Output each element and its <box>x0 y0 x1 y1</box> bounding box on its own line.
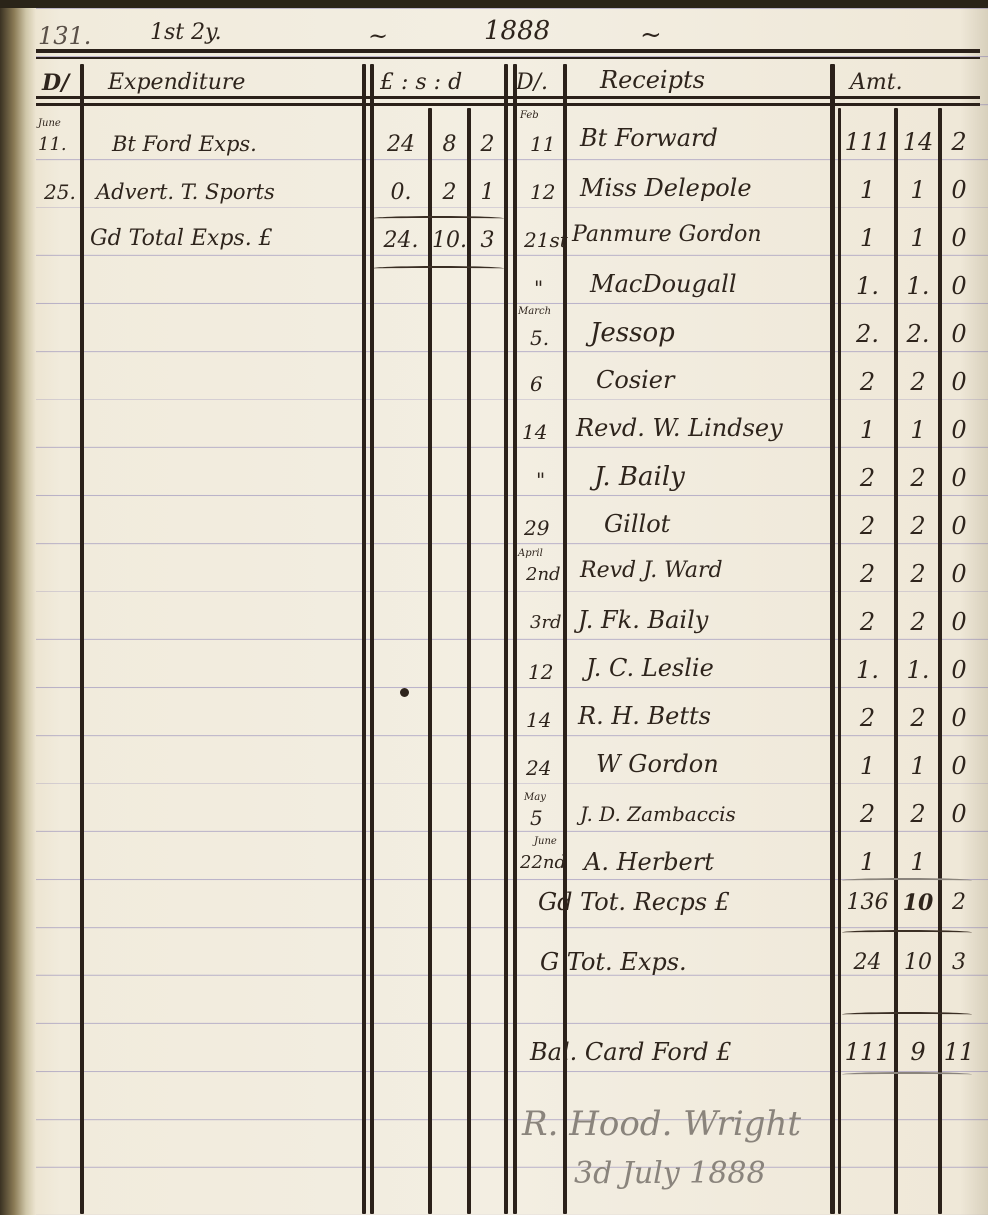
exp-row-description: Bt Ford Exps. <box>112 132 257 156</box>
exp-row-pounds: 24 <box>374 132 428 157</box>
rec-description-header: Receipts <box>600 66 705 94</box>
rec-row-day: 14 <box>526 708 551 732</box>
ledger-page: 131. 1st 2y. ~ 1888 ~ D/ Expenditure £ :… <box>0 8 988 1215</box>
rec-row-pounds: 2. <box>841 320 894 348</box>
top-rule <box>36 49 980 53</box>
col-line-exp-shillings <box>428 108 432 1214</box>
rec-row-pounds: 2 <box>841 368 894 396</box>
rec-row-pence: 0 <box>942 368 976 396</box>
rec-row-description: Miss Delepole <box>580 174 752 202</box>
page-number: 131. <box>38 22 91 50</box>
rec-row-pounds: 2 <box>841 464 894 492</box>
rec-row-day: 12 <box>528 660 553 684</box>
rec-row-description: Bt Forward <box>580 124 718 152</box>
exp-amount-header: £ : s : d <box>380 70 462 95</box>
rec-row-pounds: 2 <box>841 512 894 540</box>
exp-row-pence: 1 <box>471 180 504 205</box>
exp-row-day: 25. <box>44 180 76 204</box>
rec-row-shillings: 1. <box>898 272 938 300</box>
rec-row-pence: 0 <box>942 752 976 780</box>
exp-row-day: 11. <box>38 134 67 155</box>
rec-row-pounds: 1 <box>841 416 894 444</box>
header-rule <box>36 96 980 99</box>
rec-row-pounds: 2 <box>841 608 894 636</box>
balance-underline <box>842 1072 972 1077</box>
signature-name: R. Hood. Wright <box>522 1104 801 1144</box>
rec-row-shillings: 2 <box>898 512 938 540</box>
rec-less-exp-underline <box>842 1012 972 1017</box>
exp-date-header: D/ <box>42 70 69 96</box>
rec-total-pounds: 136 <box>841 890 894 915</box>
rec-less-exp-label: G Tot. Exps. <box>540 948 687 976</box>
rec-row-pounds: 2 <box>841 704 894 732</box>
balance-pounds: 111 <box>841 1038 894 1066</box>
exp-row-pence: 2 <box>471 132 504 157</box>
rec-row-pence: 0 <box>942 512 976 540</box>
rec-row-shillings: 2 <box>898 704 938 732</box>
rec-row-day: 5. <box>530 326 549 350</box>
exp-row-month: June <box>38 118 61 129</box>
rec-total-shillings: 10 <box>898 890 938 916</box>
rec-row-shillings: 1 <box>898 752 938 780</box>
rec-row-day: 12 <box>530 180 555 204</box>
rec-row-pounds: 1. <box>841 272 894 300</box>
col-line-rec-amount-a <box>830 64 835 1214</box>
exp-total-shillings: 10. <box>432 228 467 253</box>
rec-row-shillings: 2 <box>898 368 938 396</box>
rec-row-description: Revd. W. Lindsey <box>576 414 783 442</box>
rec-less-exp-pounds: 24 <box>841 950 894 975</box>
rec-row-day: 11 <box>530 132 555 156</box>
rec-row-pence: 0 <box>942 416 976 444</box>
rec-row-pence: 0 <box>942 560 976 588</box>
col-line-exp-pence <box>467 108 471 1214</box>
rec-row-pence: 0 <box>942 224 976 252</box>
top-rule-2 <box>36 57 980 59</box>
exp-total-pence: 3 <box>471 228 504 253</box>
rec-row-pounds: 1 <box>841 224 894 252</box>
exp-description-header: Expenditure <box>108 70 245 95</box>
rec-row-description: Jessop <box>590 318 675 348</box>
rec-row-pence: 0 <box>942 176 976 204</box>
rec-row-pence: 0 <box>942 272 976 300</box>
rec-row-shillings: 2 <box>898 464 938 492</box>
rec-row-month: May <box>524 792 546 803</box>
rec-row-shillings: 1. <box>898 656 938 684</box>
rec-row-shillings: 2 <box>898 608 938 636</box>
signature-date: 3d July 1888 <box>574 1156 766 1191</box>
rec-row-pounds: 2 <box>841 560 894 588</box>
rec-row-pence: 0 <box>942 320 976 348</box>
exp-row-description: Advert. T. Sports <box>96 180 275 204</box>
rec-subtotal-rule <box>842 878 972 883</box>
rec-date-header: D/. <box>516 70 548 95</box>
rec-row-pence: 0 <box>942 656 976 684</box>
rec-row-pounds: 2 <box>841 800 894 828</box>
rec-less-exp-pence: 3 <box>942 950 976 975</box>
rec-row-description: J. C. Leslie <box>586 654 714 682</box>
rec-row-description: J. D. Zambaccis <box>580 802 736 826</box>
rec-row-description: W Gordon <box>596 750 719 778</box>
exp-row-shillings: 2 <box>432 180 467 205</box>
rec-row-shillings: 1 <box>898 224 938 252</box>
rec-row-shillings: 2 <box>898 560 938 588</box>
rec-row-month: Feb <box>520 110 539 121</box>
rec-row-pence: 0 <box>942 608 976 636</box>
rec-row-shillings: 14 <box>898 128 938 156</box>
rec-row-month: March <box>518 306 551 317</box>
rec-row-day: " <box>536 468 545 492</box>
header-year: 1888 <box>484 16 550 46</box>
col-line-exp-date <box>80 64 84 1214</box>
rec-row-description: MacDougall <box>590 270 737 298</box>
rec-row-month: June <box>534 836 557 847</box>
rec-row-description: Gillot <box>604 510 670 538</box>
rec-row-shillings: 1 <box>898 176 938 204</box>
rec-row-shillings: 2 <box>898 800 938 828</box>
rec-row-day: 3rd <box>530 612 562 633</box>
rec-row-description: Panmure Gordon <box>572 222 762 247</box>
header-mark: ~ <box>368 22 388 50</box>
rec-row-pence: 0 <box>942 464 976 492</box>
rec-less-exp-shillings: 10 <box>898 950 938 975</box>
rec-total-pence: 2 <box>942 890 976 915</box>
exp-row-shillings: 8 <box>432 132 467 157</box>
header-note: 1st 2y. <box>150 20 222 45</box>
rec-row-day: 2nd <box>526 564 561 585</box>
rec-row-shillings: 1 <box>898 416 938 444</box>
exp-row-pounds: 0. <box>374 180 428 205</box>
rec-row-pence: 0 <box>942 704 976 732</box>
exp-total-pounds: 24. <box>374 228 428 253</box>
rec-row-pence: 0 <box>942 800 976 828</box>
rec-row-day: 21st <box>524 228 568 252</box>
rec-row-description: Revd J. Ward <box>580 558 723 583</box>
col-line-rec-date-a <box>504 64 508 1214</box>
rec-row-pounds: 1 <box>841 848 894 876</box>
exp-total-rule <box>372 216 504 221</box>
header-mark-right: ~ <box>640 20 662 50</box>
rec-row-day: 29 <box>524 516 549 540</box>
rec-row-pence: 2 <box>942 128 976 156</box>
rec-row-pounds: 1 <box>841 176 894 204</box>
rec-row-day: 14 <box>522 420 547 444</box>
rec-row-description: A. Herbert <box>584 848 714 876</box>
ink-blot <box>400 688 409 697</box>
balance-label: Bal. Card Ford £ <box>530 1038 732 1066</box>
rec-row-shillings: 2. <box>898 320 938 348</box>
rec-row-day: 24 <box>526 756 551 780</box>
rec-row-month: April <box>518 548 543 559</box>
rec-row-day: 5 <box>530 806 543 830</box>
col-line-rec-date-b <box>513 64 517 1214</box>
col-line-exp-amount-a <box>362 64 366 1214</box>
rec-row-day: 6 <box>530 372 543 396</box>
rec-total-label: Gd Tot. Recps £ <box>538 888 730 916</box>
balance-shillings: 9 <box>898 1038 938 1066</box>
rec-row-description: J. Baily <box>594 462 685 492</box>
exp-total-underline <box>372 266 504 271</box>
rec-row-day: 22nd <box>520 852 566 873</box>
rec-total-underline <box>842 930 972 935</box>
rec-row-pounds: 1. <box>841 656 894 684</box>
rec-amount-header: Amt. <box>850 70 903 95</box>
exp-total-label: Gd Total Exps. £ <box>90 226 273 251</box>
header-rule-2 <box>36 103 980 106</box>
rec-row-pounds: 1 <box>841 752 894 780</box>
balance-pence: 11 <box>942 1038 976 1066</box>
rec-row-pounds: 111 <box>841 128 894 156</box>
rec-row-shillings: 1 <box>898 848 938 876</box>
rec-row-description: J. Fk. Baily <box>578 606 708 634</box>
rec-row-description: R. H. Betts <box>578 702 711 730</box>
rec-row-day: " <box>534 276 543 300</box>
rec-row-description: Cosier <box>596 366 674 394</box>
